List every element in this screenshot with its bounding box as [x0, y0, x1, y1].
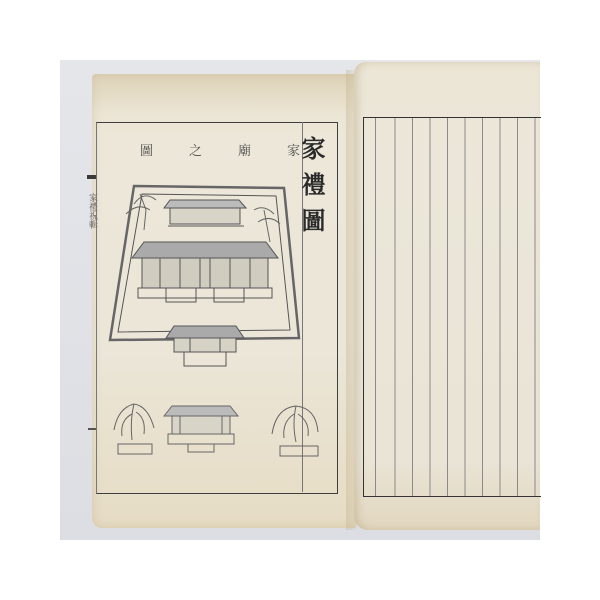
- ruled-columns: [363, 117, 541, 497]
- fishtail-mark: [87, 175, 96, 179]
- main-hall-icon: [132, 242, 278, 302]
- bamboo-icon: [254, 208, 280, 242]
- fishtail-mark-lower: [88, 428, 96, 430]
- pavilion-icon: [164, 406, 238, 452]
- willow-tree-right-icon: [272, 406, 318, 456]
- lower-illustrations: [104, 390, 324, 470]
- front-gate-icon: [166, 326, 244, 366]
- water-stain: [92, 74, 356, 114]
- diagram-title-char: 廟: [238, 140, 251, 159]
- diagram-title-char: 圖: [140, 140, 153, 159]
- willow-tree-left-icon: [114, 404, 154, 454]
- diagram-title-char: 家: [287, 140, 300, 159]
- shrine-diagram: [104, 180, 304, 370]
- book-title: 家禮圖: [304, 136, 334, 244]
- diagram-title: 家 廟 之 圖: [140, 140, 300, 159]
- diagram-title-char: 之: [189, 140, 202, 159]
- rear-hall-icon: [164, 200, 246, 226]
